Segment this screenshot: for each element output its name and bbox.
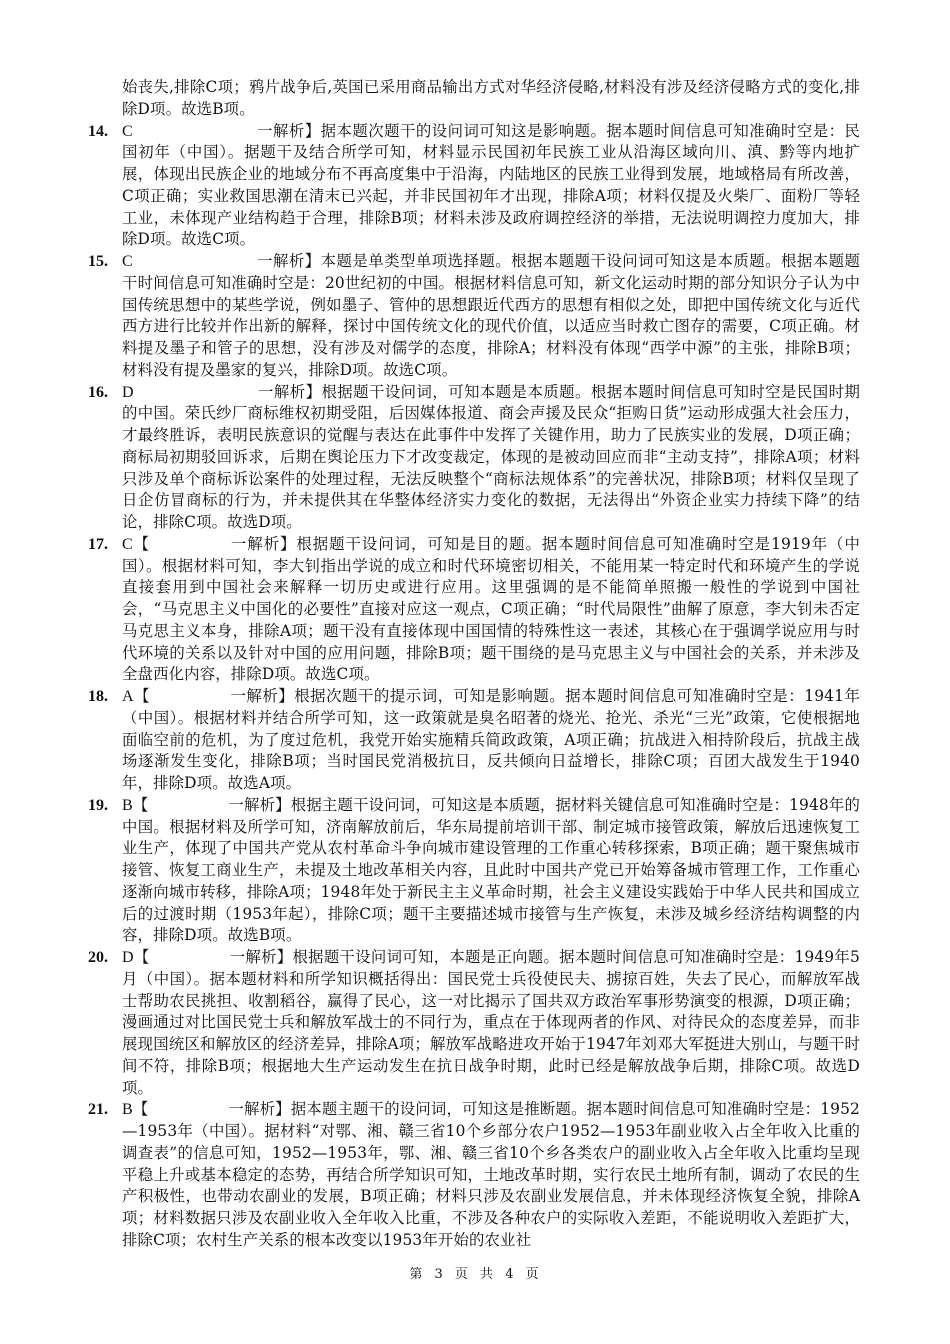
question-number: 17. xyxy=(88,534,108,556)
analysis-label: 一解析】 xyxy=(230,687,294,705)
answer-explanations: 始丧失,排除C项；鸦片战争后,英国已采用商品输出方式对华经济侵略,材料没有涉及经… xyxy=(88,77,860,1252)
analysis-text: 根据题干设问词可知，本题是正向题。据本题时间信息可知准确时空是：1949年5月（… xyxy=(122,948,860,1097)
explanation-item-21: 21. B【一解析】据本题主题干的设问词，可知这是推断题。据本题时间信息可知准确… xyxy=(88,1099,860,1251)
analysis-label: 一解析】 xyxy=(230,535,296,553)
analysis-text: 根据主题干设问词，可知这是本质题，据材料关键信息可知准确时空是：1948年的中国… xyxy=(122,796,860,945)
analysis-text: 据本题次题干的设问词可知这是影响题。据本题时间信息可知准确时空是：民国初年（中国… xyxy=(122,122,860,249)
answer-letter: B xyxy=(122,797,133,814)
explanation-item-19: 19. B【一解析】根据主题干设问词，可知这是本质题，据材料关键信息可知准确时空… xyxy=(88,795,860,947)
analysis-label: 一解析】 xyxy=(228,796,290,814)
explanation-item-16: 16. D一解析】根据题干设问词，可知本题是本质题。根据本题时间信息可知时空是民… xyxy=(88,382,860,534)
analysis-text: 据本题主题干的设问词，可知这是推断题。据本题时间信息可知准确时空是：1952—1… xyxy=(122,1100,860,1249)
answer-bracket: 【 xyxy=(134,687,150,705)
answer-letter: C xyxy=(122,123,133,140)
analysis-label: 一解析】 xyxy=(257,122,321,140)
answer-bracket: 【 xyxy=(134,948,150,966)
question-number: 21. xyxy=(88,1099,108,1121)
explanation-item-20: 20. D【一解析】根据题干设问词可知，本题是正向题。据本题时间信息可知准确时空… xyxy=(88,947,860,1099)
analysis-text: 根据题干设问词，可知是目的题。据本题时间信息可知准确时空是1919年（中国）。根… xyxy=(122,535,860,684)
document-page: 始丧失,排除C项；鸦片战争后,英国已采用商品输出方式对华经济侵略,材料没有涉及经… xyxy=(0,0,950,1344)
answer-bracket: 【 xyxy=(133,535,150,553)
question-number: 19. xyxy=(88,795,108,817)
explanation-item-15: 15. C一解析】本题是单类型单项选择题。根据本题题干设问词可知这是本质题。根据… xyxy=(88,251,860,382)
answer-bracket: 【 xyxy=(133,1100,149,1118)
analysis-label: 一解析】 xyxy=(257,252,321,270)
question-number: 14. xyxy=(88,121,108,143)
page-footer: 第 3 页 共 4 页 xyxy=(0,1263,950,1282)
answer-letter: D xyxy=(122,949,134,966)
question-number: 18. xyxy=(88,686,108,708)
answer-letter: C xyxy=(122,536,133,553)
analysis-text: 根据题干设问词，可知本题是本质题。根据本题时间信息可知时空是民国时期的中国。荣氏… xyxy=(122,383,860,532)
explanation-item-18: 18. A【一解析】根据次题干的提示词，可知是影响题。据本题时间信息可知准确时空… xyxy=(88,686,860,795)
analysis-label: 一解析】 xyxy=(230,948,293,966)
answer-letter: C xyxy=(122,253,133,270)
question-number: 15. xyxy=(88,251,108,273)
explanation-item-17: 17. C【一解析】根据题干设问词，可知是目的题。据本题时间信息可知准确时空是1… xyxy=(88,534,860,686)
question-number: 16. xyxy=(88,382,108,404)
answer-letter: B xyxy=(122,1101,133,1118)
answer-letter: D xyxy=(122,384,134,401)
analysis-label: 一解析】 xyxy=(258,383,322,401)
analysis-text: 本题是单类型单项选择题。根据本题题干设问词可知这是本质题。根据本题题干时间信息可… xyxy=(122,252,860,379)
continuation-paragraph: 始丧失,排除C项；鸦片战争后,英国已采用商品输出方式对华经济侵略,材料没有涉及经… xyxy=(122,77,860,121)
question-number: 20. xyxy=(88,947,108,969)
answer-letter: A xyxy=(122,688,134,705)
explanation-item-14: 14. C一解析】据本题次题干的设问词可知这是影响题。据本题时间信息可知准确时空… xyxy=(88,121,860,252)
answer-bracket: 【 xyxy=(133,796,149,814)
analysis-label: 一解析】 xyxy=(228,1100,290,1118)
